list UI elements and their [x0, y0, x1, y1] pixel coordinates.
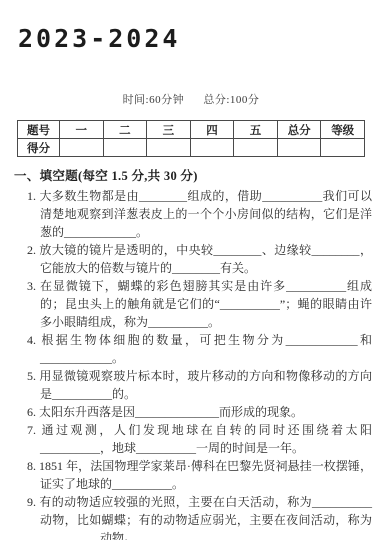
exam-meta: 时间:60分钟 总分:100分 [0, 91, 382, 107]
score-cell-part-1 [60, 139, 104, 157]
question-7-text: 通过观测，人们发现地球在自转的同时还围绕着太阳__________，地球____… [39, 423, 372, 455]
question-9-text: 有的动物适应较强的光照，主要在白天活动，称为__________动物，比如蝴蝶；… [39, 495, 372, 540]
score-cell-part-5 [234, 139, 278, 157]
question-1-number: 1. [27, 189, 36, 203]
question-4-number: 4. [27, 333, 36, 347]
exam-paper: 2023-2024 时间:60分钟 总分:100分 题号 一 二 三 四 五 总… [0, 0, 382, 540]
score-cell-grade [321, 139, 365, 157]
section-heading-fill-in-blanks: 一、填空题(每空 1.5 分,共 30 分) [14, 166, 382, 184]
question-8-text: 1851 年，法国物理学家莱昂·傅科在巴黎先贤祠悬挂一枚摆锤，证实了地球的___… [39, 459, 372, 491]
question-list: 1.大多数生物都是由________组成的，借助__________我们可以清楚… [14, 187, 372, 540]
question-6-text: 太阳东升西落是因______________而形成的现象。 [39, 405, 303, 419]
question-8-number: 8. [27, 459, 36, 473]
question-4-text: 根据生物体细胞的数量，可把生物分为____________和__________… [39, 333, 372, 365]
question-5-text: 用显微镜观察玻片标本时，玻片移动的方向和物像移动的方向是__________的。 [39, 369, 372, 401]
question-3-number: 3. [27, 279, 36, 293]
exam-time: 时间:60分钟 [123, 94, 185, 106]
question-2-number: 2. [27, 243, 36, 257]
header-cell-part-3: 三 [147, 121, 191, 139]
question-1: 1.大多数生物都是由________组成的，借助__________我们可以清楚… [14, 187, 372, 241]
question-7-number: 7. [27, 423, 36, 437]
question-7: 7.通过观测，人们发现地球在自转的同时还围绕着太阳__________，地球__… [14, 421, 372, 457]
question-4: 4.根据生物体细胞的数量，可把生物分为____________和________… [14, 331, 372, 367]
question-1-text: 大多数生物都是由________组成的，借助__________我们可以清楚地观… [39, 189, 372, 239]
score-row-label: 得分 [18, 139, 60, 157]
score-table-score-row: 得分 [18, 139, 365, 157]
question-8: 8.1851 年，法国物理学家莱昂·傅科在巴黎先贤祠悬挂一枚摆锤，证实了地球的_… [14, 457, 372, 493]
question-6-number: 6. [27, 405, 36, 419]
score-cell-part-4 [190, 139, 234, 157]
header-cell-question-number: 题号 [18, 121, 60, 139]
score-table: 题号 一 二 三 四 五 总分 等级 得分 [17, 120, 365, 157]
score-table-header-row: 题号 一 二 三 四 五 总分 等级 [18, 121, 365, 139]
question-5: 5.用显微镜观察玻片标本时，玻片移动的方向和物像移动的方向是__________… [14, 367, 372, 403]
exam-total-score: 总分:100分 [203, 94, 259, 106]
question-9-number: 9. [27, 495, 36, 509]
header-cell-grade: 等级 [321, 121, 365, 139]
page-title: 2023-2024 [18, 24, 382, 53]
score-cell-total [277, 139, 321, 157]
question-5-number: 5. [27, 369, 36, 383]
score-cell-part-3 [147, 139, 191, 157]
score-cell-part-2 [103, 139, 147, 157]
question-9: 9.有的动物适应较强的光照，主要在白天活动，称为__________动物，比如蝴… [14, 493, 372, 540]
header-cell-total: 总分 [277, 121, 321, 139]
header-cell-part-5: 五 [234, 121, 278, 139]
question-2-text: 放大镜的镜片是透明的，中央较________、边缘较________，它能放大的… [39, 243, 372, 275]
question-6: 6.太阳东升西落是因______________而形成的现象。 [14, 403, 372, 421]
question-2: 2.放大镜的镜片是透明的，中央较________、边缘较________，它能放… [14, 241, 372, 277]
header-cell-part-2: 二 [103, 121, 147, 139]
header-cell-part-4: 四 [190, 121, 234, 139]
question-3-text: 在显微镜下，蝴蝶的彩色翅膀其实是由许多__________组成的；昆虫头上的触角… [39, 279, 372, 329]
question-3: 3.在显微镜下，蝴蝶的彩色翅膀其实是由许多__________组成的；昆虫头上的… [14, 277, 372, 331]
header-cell-part-1: 一 [60, 121, 104, 139]
